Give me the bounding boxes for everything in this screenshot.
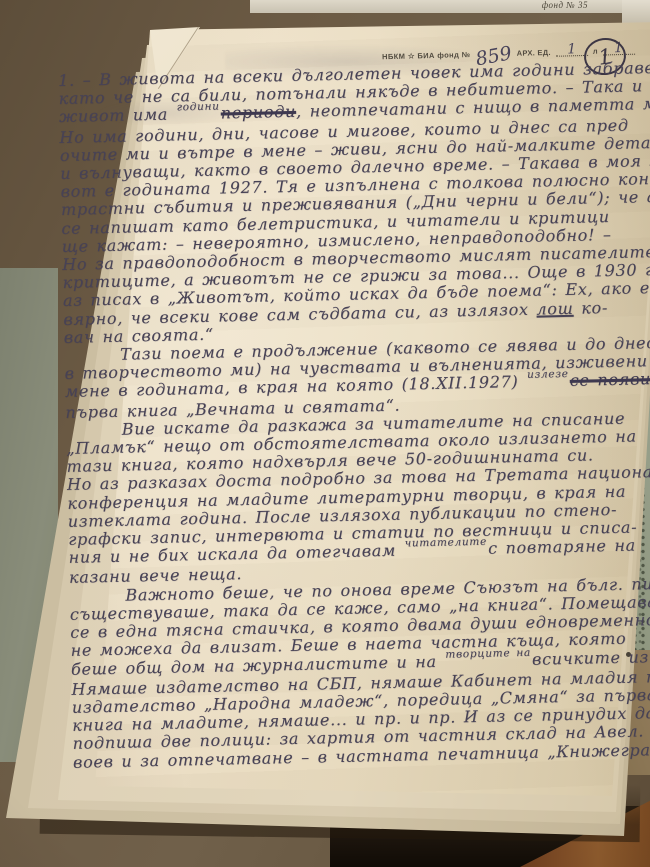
crossed-out-word: периоди [221, 102, 297, 123]
archive-photo: фонд № 35 I—31 г. НБКМ ☆ БИА фонд № 859 … [0, 0, 650, 867]
background-fond-label: фонд № 35 [542, 0, 588, 10]
inserted-word: излезе [527, 365, 569, 384]
handwriting-text: с повтаряне на [488, 536, 636, 558]
stamp-unit-label: АРХ. ЕД. [517, 48, 551, 58]
handwriting-text: ко- [573, 298, 608, 318]
underlined-word: лош [536, 298, 573, 318]
manuscript-text: 1. – В живота на всеки дълголетен човек … [58, 59, 650, 771]
inserted-word: читателите [404, 533, 487, 553]
crossed-out-word: се появи [570, 370, 650, 391]
handwriting-text: всичките изкуства. [532, 645, 650, 668]
background-sheet: фонд № 35 [250, 0, 650, 13]
handwriting-text: живот има [59, 105, 176, 127]
inserted-word: години [177, 98, 220, 117]
inserted-word: творците на [445, 643, 531, 663]
